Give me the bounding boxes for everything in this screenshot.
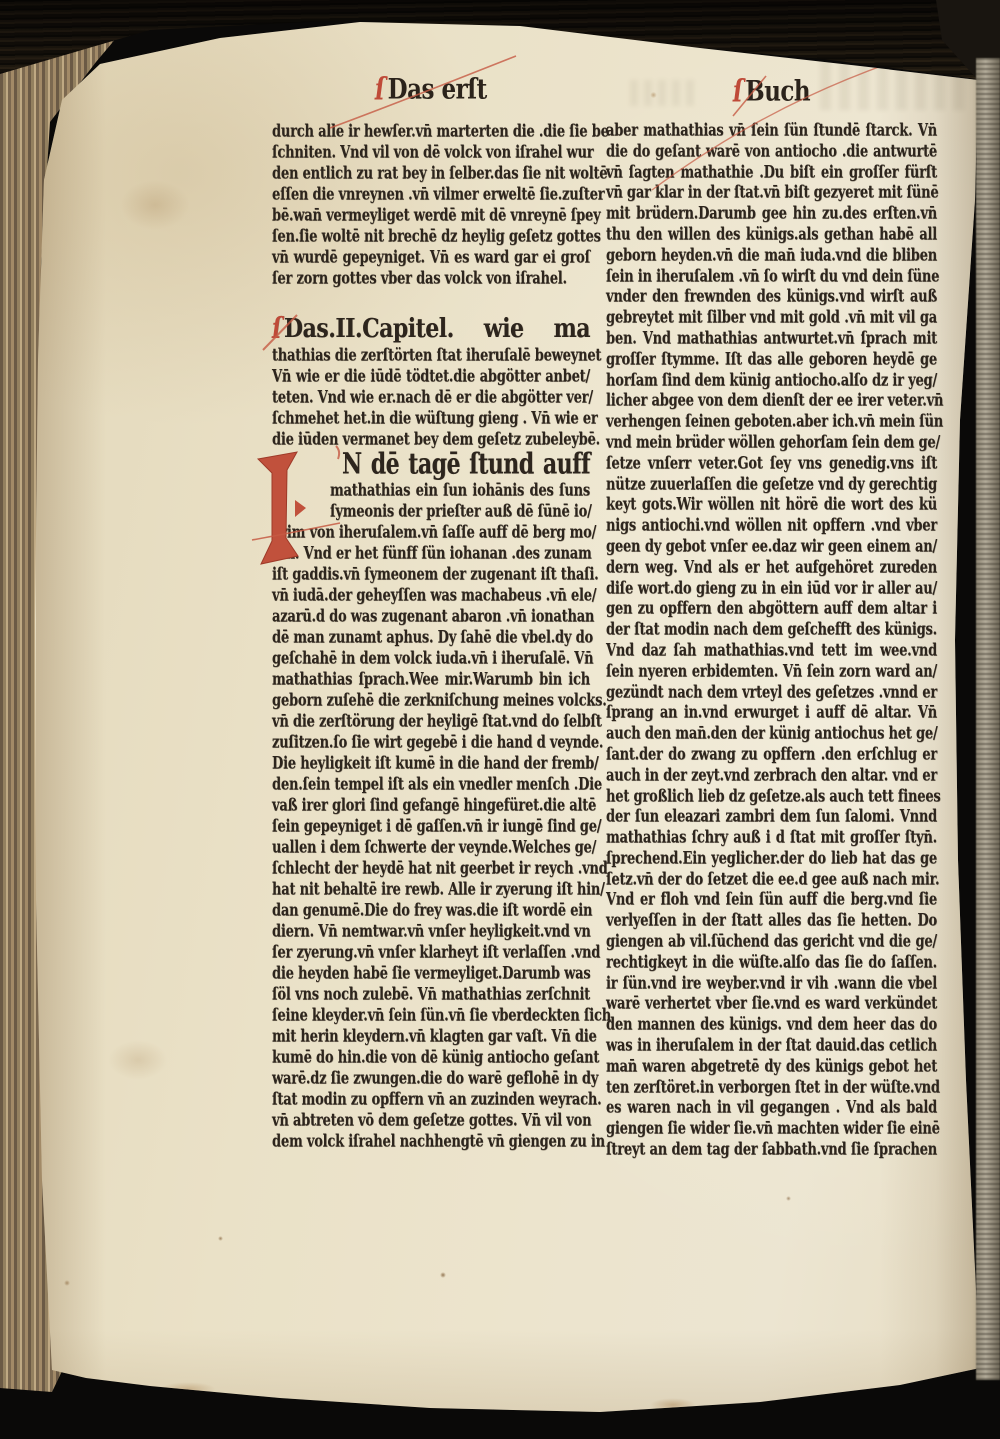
- text-line: dem volck iſrahel nachhengtē vn̄ giengen…: [272, 1129, 590, 1156]
- foxing-spot: [64, 1280, 70, 1286]
- stain-smudge: [120, 180, 190, 230]
- page-bottom-shading: [40, 1330, 980, 1415]
- facing-page-sliver: [976, 58, 1000, 1380]
- text-line: ſtreyt an dem tag der ſabbath.vnd ſie ſp…: [606, 1138, 937, 1165]
- paragraph: durch alle ir hewſer.vn̄ marterten die .…: [272, 122, 590, 269]
- running-header-left: ſDas erſt: [272, 73, 590, 105]
- running-header-right: ſBuch: [606, 75, 937, 107]
- text-line: ſer zorn gottes vber das volck von iſrah…: [272, 266, 590, 293]
- stain-smudge: [650, 1398, 696, 1412]
- chapter-intro: thathias die zerſtörten ſtat iheruſalē b…: [272, 346, 590, 451]
- running-header-left-label: Das erſt: [388, 73, 487, 105]
- running-header-right-label: Buch: [745, 75, 810, 107]
- foxing-spot: [786, 1196, 791, 1201]
- foxing-spot: [440, 1272, 446, 1278]
- paragraph: aber mathathias vn̄ ſein ſün ſtundē ſtar…: [606, 122, 937, 1162]
- pilcrow-mark-icon: ſ: [373, 71, 387, 107]
- book-page: ſDas erſt ſBuch durch alle ir hewſer.vn̄…: [0, 0, 1000, 1439]
- paragraph: arim von iheruſalem.vn̄ ſaſſe auff dē be…: [272, 523, 590, 1153]
- stain-smudge: [108, 1040, 168, 1080]
- chapter-heading-label: Das.II.Capitel. wie ma: [284, 313, 590, 344]
- foxing-spot: [218, 1236, 223, 1241]
- book-photo: ſDas erſt ſBuch durch alle ir hewſer.vn̄…: [0, 0, 1000, 1439]
- text-column-right: aber mathathias vn̄ ſein ſün ſtundē ſtar…: [606, 122, 937, 1162]
- stain-smudge: [160, 1382, 216, 1396]
- chapter-opening-indent: mathathias ein ſun iohānis des ſunsſymeo…: [272, 481, 590, 523]
- text-column-left: durch alle ir hewſer.vn̄ marterten die .…: [272, 122, 590, 1153]
- page-left-shading: [36, 60, 106, 1390]
- pilcrow-mark-icon: ſ: [730, 73, 744, 109]
